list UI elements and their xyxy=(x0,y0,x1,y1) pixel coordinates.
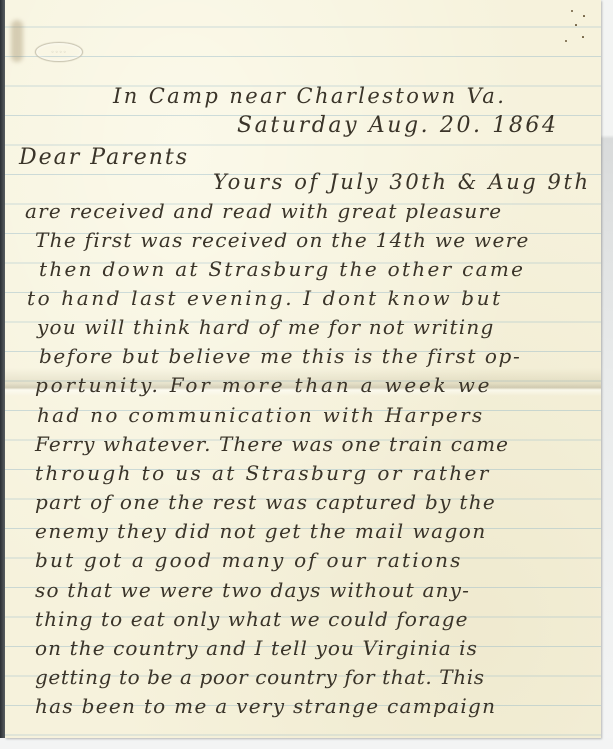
body-line: getting to be a poor country for that. T… xyxy=(35,665,485,689)
body-line: portunity. For more than a week we xyxy=(35,373,492,397)
body-line: has been to me a very strange campaign xyxy=(35,694,496,718)
body-line: but got a good many of our rations xyxy=(35,548,463,572)
body-line: Ferry whatever. There was one train came xyxy=(35,432,509,456)
body-line: on the country and I tell you Virginia i… xyxy=(35,636,478,660)
scan-background-right xyxy=(601,0,613,749)
paper-stain xyxy=(11,20,23,62)
salutation: Dear Parents xyxy=(19,145,189,170)
body-line: Yours of July 30th & Aug 9th xyxy=(213,170,591,194)
body-line: then down at Strasburg the other came xyxy=(39,257,525,281)
body-line: had no communication with Harpers xyxy=(37,403,485,427)
body-line: The first was received on the 14th we we… xyxy=(35,228,530,252)
body-line: before but believe me this is the first … xyxy=(39,344,521,368)
embossed-stamp-icon: ◦◦◦◦ xyxy=(35,42,83,62)
body-line: enemy they did not get the mail wagon xyxy=(35,519,487,543)
body-line: through to us at Strasburg or rather xyxy=(35,461,491,485)
heading-place: In Camp near Charlestown Va. xyxy=(113,84,506,108)
scan-background-bottom xyxy=(0,738,613,749)
body-line: thing to eat only what we could forage xyxy=(35,607,469,631)
body-line: are received and read with great pleasur… xyxy=(25,199,502,223)
body-line: you will think hard of me for not writin… xyxy=(37,315,494,339)
letter-page: ◦◦◦◦ In Camp near Charlestown Va. Saturd… xyxy=(5,0,601,738)
body-line: part of one the rest was captured by the xyxy=(35,490,496,514)
body-line: so that we were two days without any- xyxy=(35,578,470,602)
heading-date: Saturday Aug. 20. 1864 xyxy=(237,113,559,138)
body-line: to hand last evening. I dont know but xyxy=(27,286,503,310)
